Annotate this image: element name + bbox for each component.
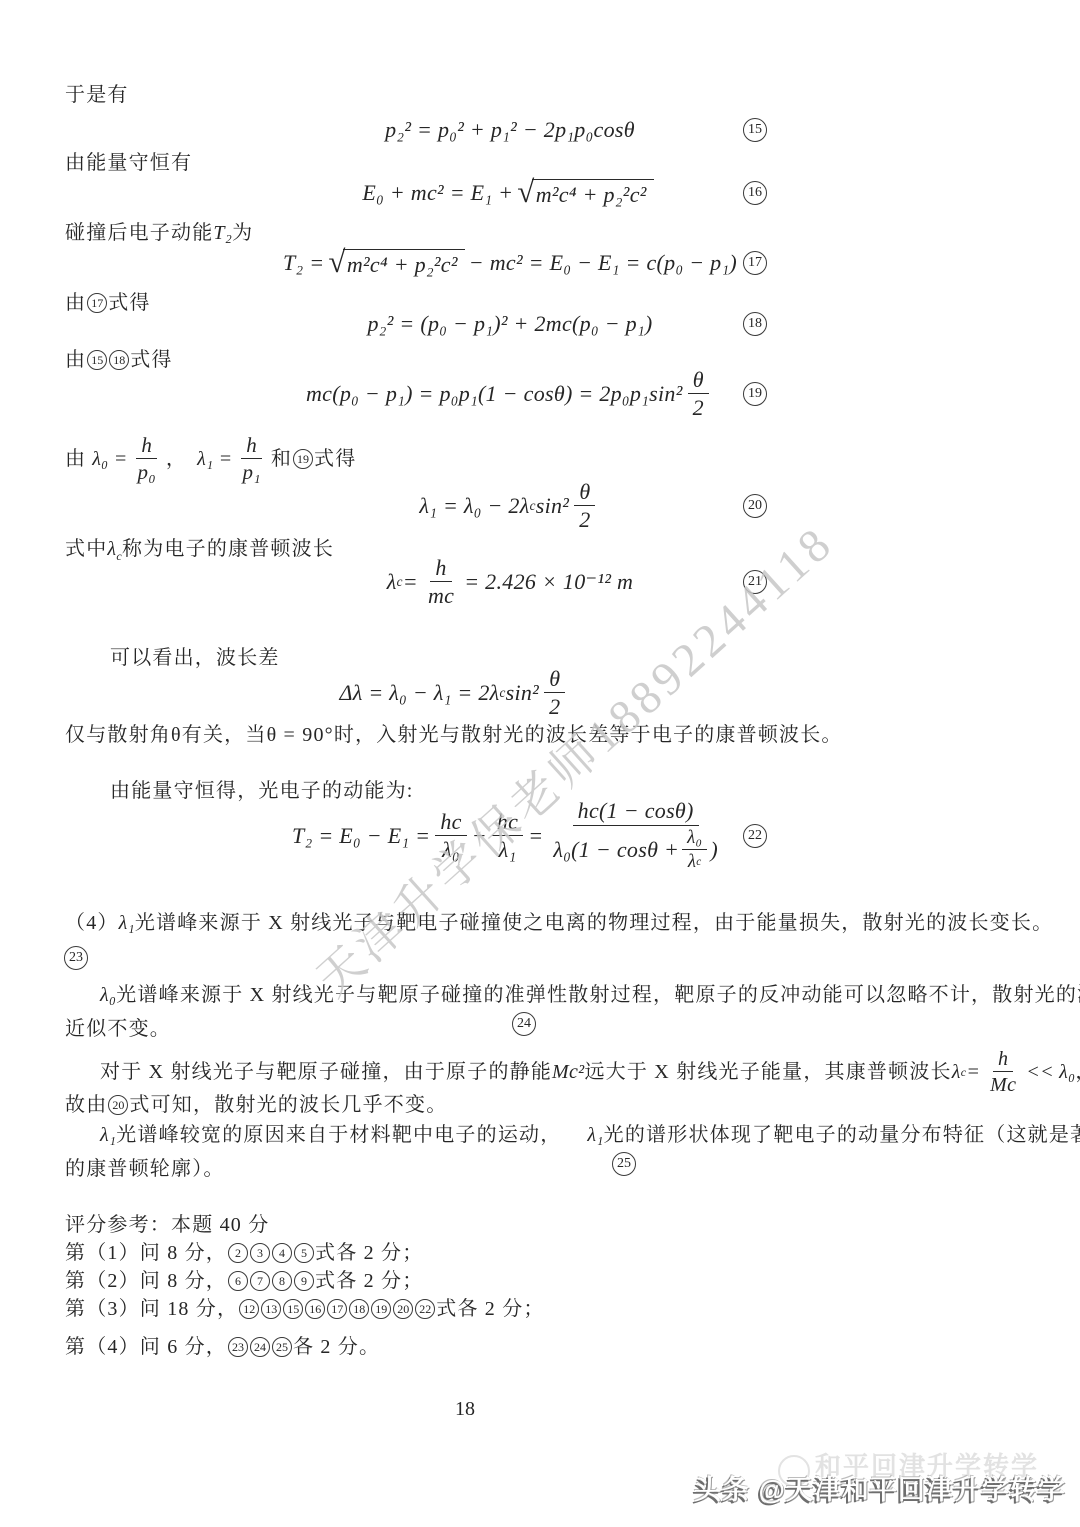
eq-ref-circle: 20: [393, 1299, 413, 1319]
scoring-title: 评分参考：本题 40 分: [65, 1212, 269, 1238]
scoring-line-2: 第（2）问 8 分， 6 7 8 9 式各 2 分；: [65, 1268, 423, 1294]
fraction-denominator: λ₀(1 − cosθ + λ₀ λc ): [548, 826, 723, 874]
fraction: θ 2: [544, 666, 565, 721]
equation-body: T₂ = E₀ − E₁ =: [292, 823, 430, 849]
eq-ref-circle: 15: [283, 1299, 303, 1319]
fraction-numerator: h: [136, 433, 157, 459]
text-segment: 式各 2 分；: [436, 1296, 544, 1322]
document-page: 天津升学保老师18892244118 于是有 p₂² = p₀² + p₁² −…: [0, 0, 1080, 1527]
text-line: 故由 20 式可知，散射光的波长几乎不变。: [65, 1092, 447, 1118]
fraction: h Mc: [985, 1047, 1021, 1097]
math-var: λ: [952, 1059, 961, 1085]
equation-body: T₂ =: [283, 250, 324, 276]
equation-19: mc(p₀ − p₁) = p₀p₁(1 − cosθ) = 2p₀p₁sin²…: [65, 366, 955, 422]
eq-number-line: 24: [512, 1012, 536, 1036]
radical-sign: √: [517, 176, 534, 207]
text-segment: 光谱峰来源于 X 射线光子与靶电子碰撞使之电离的物理过程，由于能量损失，散射光的…: [135, 912, 1053, 934]
fraction-numerator: θ: [688, 367, 709, 394]
radicand: m²c⁴ + p₂²c²: [343, 249, 465, 278]
text-line: 近似不变。: [65, 1016, 171, 1042]
fraction-denominator: λ₀: [437, 836, 465, 863]
radicand: m²c⁴ + p₂²c²: [532, 179, 654, 208]
math-var: << λ₀: [1026, 1059, 1075, 1085]
text-line: λ₀光谱峰来源于 X 射线光子与靶原子碰撞的准弹性散射过程，靶原子的反冲动能可以…: [100, 982, 1080, 1008]
eq-ref-circle: 23: [228, 1337, 248, 1357]
equation-body: λ: [387, 569, 397, 595]
fraction-denominator: λc: [683, 850, 707, 873]
scoring-line-1: 第（1）问 8 分， 2 3 4 5 式各 2 分；: [65, 1240, 423, 1266]
fraction-numerator: θ: [544, 666, 565, 693]
fraction: hc λ₁: [492, 809, 523, 864]
equation-body: ): [710, 837, 718, 863]
text-segment: 式可知，散射光的波长几乎不变。: [129, 1092, 447, 1118]
fraction-numerator: h: [241, 433, 262, 459]
eq-ref-circle: 19: [371, 1299, 391, 1319]
fraction-numerator: hc: [492, 809, 523, 836]
text-segment: 式各 2 分；: [315, 1240, 423, 1266]
fraction: hc λ₀: [435, 809, 466, 864]
equation-body: λ₀(1 − cosθ +: [553, 837, 679, 863]
equation-body: p₂² = p₀² + p₁² − 2p₁p₀cosθ: [385, 117, 635, 143]
page-number: 18: [440, 1398, 490, 1421]
text-line: λ₁光谱峰较宽的原因来自于材料靶中电子的运动，λ₁光的谱形状体现了靶电子的动量分…: [100, 1122, 1080, 1148]
equation-body: Δλ = λ₀ − λ₁ = 2λ: [339, 680, 499, 706]
text-segment: 第（4）问 6 分，: [65, 1334, 227, 1360]
math-var: λ₁: [100, 1124, 116, 1146]
equation-number-circle: 18: [743, 312, 767, 336]
eq-ref-circle: 22: [415, 1299, 435, 1319]
eq-number-line: 23: [64, 946, 88, 970]
big-fraction: hc(1 − cosθ) λ₀(1 − cosθ + λ₀ λc ): [548, 798, 723, 873]
eq-ref-circle: 7: [250, 1271, 270, 1291]
fraction-numerator: h: [993, 1047, 1013, 1072]
text-line: 的康普顿轮廓）。: [65, 1156, 225, 1182]
equation-body: mc(p₀ − p₁) = p₀p₁(1 − cosθ) = 2p₀p₁sin²: [306, 381, 683, 407]
eq-ref-circle: 5: [294, 1243, 314, 1263]
eq-ref-circle: 9: [294, 1271, 314, 1291]
eq-ref-circle: 18: [349, 1299, 369, 1319]
text-segment: 光谱峰较宽的原因来自于材料靶中电子的运动，: [116, 1124, 561, 1146]
equation-delta-lambda: Δλ = λ₀ − λ₁ = 2λc sin² θ 2: [65, 665, 845, 721]
equation-number-circle: 23: [64, 946, 88, 970]
equation-17: T₂ = √ m²c⁴ + p₂²c² − mc² = E₀ − E₁ = c(…: [65, 240, 955, 286]
equation-body: λ₁ = λ₀ − 2λ: [419, 493, 529, 519]
text-segment: 由: [65, 446, 86, 472]
equation-body: = 2.426 × 10⁻¹² m: [464, 569, 633, 595]
text-line: （4）λ₁光谱峰来源于 X 射线光子与靶电子碰撞使之电离的物理过程，由于能量损失…: [65, 910, 1053, 936]
eq-ref-circle: 20: [108, 1095, 128, 1115]
text-segment: 第（3）问 18 分，: [65, 1296, 238, 1322]
equation-number-circle: 17: [743, 251, 767, 275]
fraction-numerator: λ₀: [682, 827, 707, 850]
equation-body: E₀ + mc² = E₁ +: [362, 180, 513, 206]
eq-ref-circle: 12: [239, 1299, 259, 1319]
text-segment: 第（1）问 8 分，: [65, 1240, 227, 1266]
equation-18: p₂² = (p₀ − p₁)² + 2mc(p₀ − p₁) 18: [65, 306, 955, 342]
math-var: λ₁: [119, 912, 135, 934]
math-var: λ₀ =: [92, 446, 127, 472]
equation-body: p₂² = (p₀ − p₁)² + 2mc(p₀ − p₁): [367, 311, 652, 337]
equation-22: T₂ = E₀ − E₁ = hc λ₀ − hc λ₁ = hc(1 − co…: [65, 792, 955, 880]
text-segment: 光谱峰来源于 X 射线光子与靶原子碰撞的准弹性散射过程，靶原子的反冲动能可以忽略…: [116, 984, 1080, 1006]
nested-fraction: λ₀ λc: [682, 827, 707, 874]
math-var: λ: [688, 851, 696, 873]
radical-sign: √: [328, 246, 345, 277]
scoring-line-4: 第（4）问 6 分， 23 24 25 各 2 分。: [65, 1334, 380, 1360]
math-var: λ₁ =: [197, 446, 232, 472]
equation-body: sin²: [536, 493, 569, 519]
fraction-denominator: 2: [544, 693, 565, 720]
fraction-denominator: 2: [688, 394, 709, 421]
text-segment: 式得: [314, 446, 356, 472]
eq-ref-circle: 2: [228, 1243, 248, 1263]
fraction-numerator: θ: [574, 479, 595, 506]
equation-body: =: [403, 569, 418, 595]
math-var: λ₀: [100, 984, 116, 1006]
equation-21: λc = h mc = 2.426 × 10⁻¹² m 21: [65, 556, 955, 608]
fraction-denominator: λ₁: [494, 836, 522, 863]
eq-number-line: 25: [612, 1152, 636, 1176]
equation-body: − mc² = E₀ − E₁ = c(p₀ − p₁): [469, 250, 737, 276]
eq-ref-circle: 16: [305, 1299, 325, 1319]
equation-body: −: [472, 823, 487, 849]
text-segment: ，: [166, 446, 187, 472]
eq-ref-circle: 19: [293, 449, 313, 469]
fraction-denominator: 2: [574, 506, 595, 533]
text-segment: 和: [271, 446, 292, 472]
equation-20: λ₁ = λ₀ − 2λc sin² θ 2 20: [65, 478, 955, 534]
equation-15: p₂² = p₀² + p₁² − 2p₁p₀cosθ 15: [65, 112, 955, 148]
math-var: λ₁: [587, 1124, 603, 1146]
square-root: √ m²c⁴ + p₂²c²: [517, 178, 653, 209]
text-segment: ，: [1075, 1059, 1080, 1085]
math-var: =: [966, 1059, 980, 1085]
eq-ref-circle: 25: [272, 1337, 292, 1357]
text-segment: 各 2 分。: [293, 1334, 380, 1360]
eq-ref-circle: 3: [250, 1243, 270, 1263]
equation-number-circle: 22: [743, 824, 767, 848]
equation-number-circle: 24: [512, 1012, 536, 1036]
equation-number-circle: 25: [612, 1152, 636, 1176]
footer-watermark: 头条 @天津和平回津升学转学: [694, 1468, 1066, 1507]
fraction-numerator: hc(1 − cosθ): [573, 798, 699, 825]
text-segment: 式各 2 分；: [315, 1268, 423, 1294]
equation-number-circle: 16: [743, 181, 767, 205]
text-line: 对于 X 射线光子与靶原子碰撞，由于原子的静能 Mc² 远大于 X 射线光子能量…: [100, 1046, 1080, 1098]
fraction: θ 2: [688, 367, 709, 422]
equation-number-circle: 21: [743, 570, 767, 594]
text-segment: 光的谱形状体现了靶电子的动量分布特征（这就是著名: [604, 1124, 1080, 1146]
fraction-numerator: h: [430, 555, 451, 582]
fraction-denominator: mc: [423, 582, 459, 609]
square-root: √ m²c⁴ + p₂²c²: [328, 248, 464, 279]
text-segment: （4）: [65, 912, 119, 934]
text-segment: 对于 X 射线光子与靶原子碰撞，由于原子的静能: [100, 1059, 552, 1085]
equation-number-circle: 20: [743, 494, 767, 518]
eq-ref-circle: 17: [327, 1299, 347, 1319]
scoring-line-3: 第（3）问 18 分， 12 13 15 16 17 18 19 20 22 式…: [65, 1296, 545, 1322]
text-segment: 故由: [65, 1092, 107, 1118]
text-segment: 第（2）问 8 分，: [65, 1268, 227, 1294]
equation-body: sin²: [506, 680, 539, 706]
equation-number-circle: 15: [743, 118, 767, 142]
equation-number-circle: 19: [743, 382, 767, 406]
eq-ref-circle: 8: [272, 1271, 292, 1291]
eq-ref-circle: 4: [272, 1243, 292, 1263]
fraction-denominator: Mc: [985, 1072, 1021, 1097]
fraction-numerator: hc: [435, 809, 466, 836]
equation-16: E₀ + mc² = E₁ + √ m²c⁴ + p₂²c² 16: [65, 170, 955, 216]
math-var: Mc²: [552, 1059, 584, 1085]
text-segment: 远大于 X 射线光子能量，其康普顿波长: [584, 1059, 951, 1085]
text-line: 仅与散射角θ有关，当θ = 90°时，入射光与散射光的波长差等于电子的康普顿波长…: [65, 722, 843, 748]
fraction: θ 2: [574, 479, 595, 534]
text-line: 于是有: [65, 82, 129, 108]
fraction: h mc: [423, 555, 459, 610]
eq-ref-circle: 13: [261, 1299, 281, 1319]
eq-ref-circle: 6: [228, 1271, 248, 1291]
equation-body: =: [528, 823, 543, 849]
eq-ref-circle: 24: [250, 1337, 270, 1357]
